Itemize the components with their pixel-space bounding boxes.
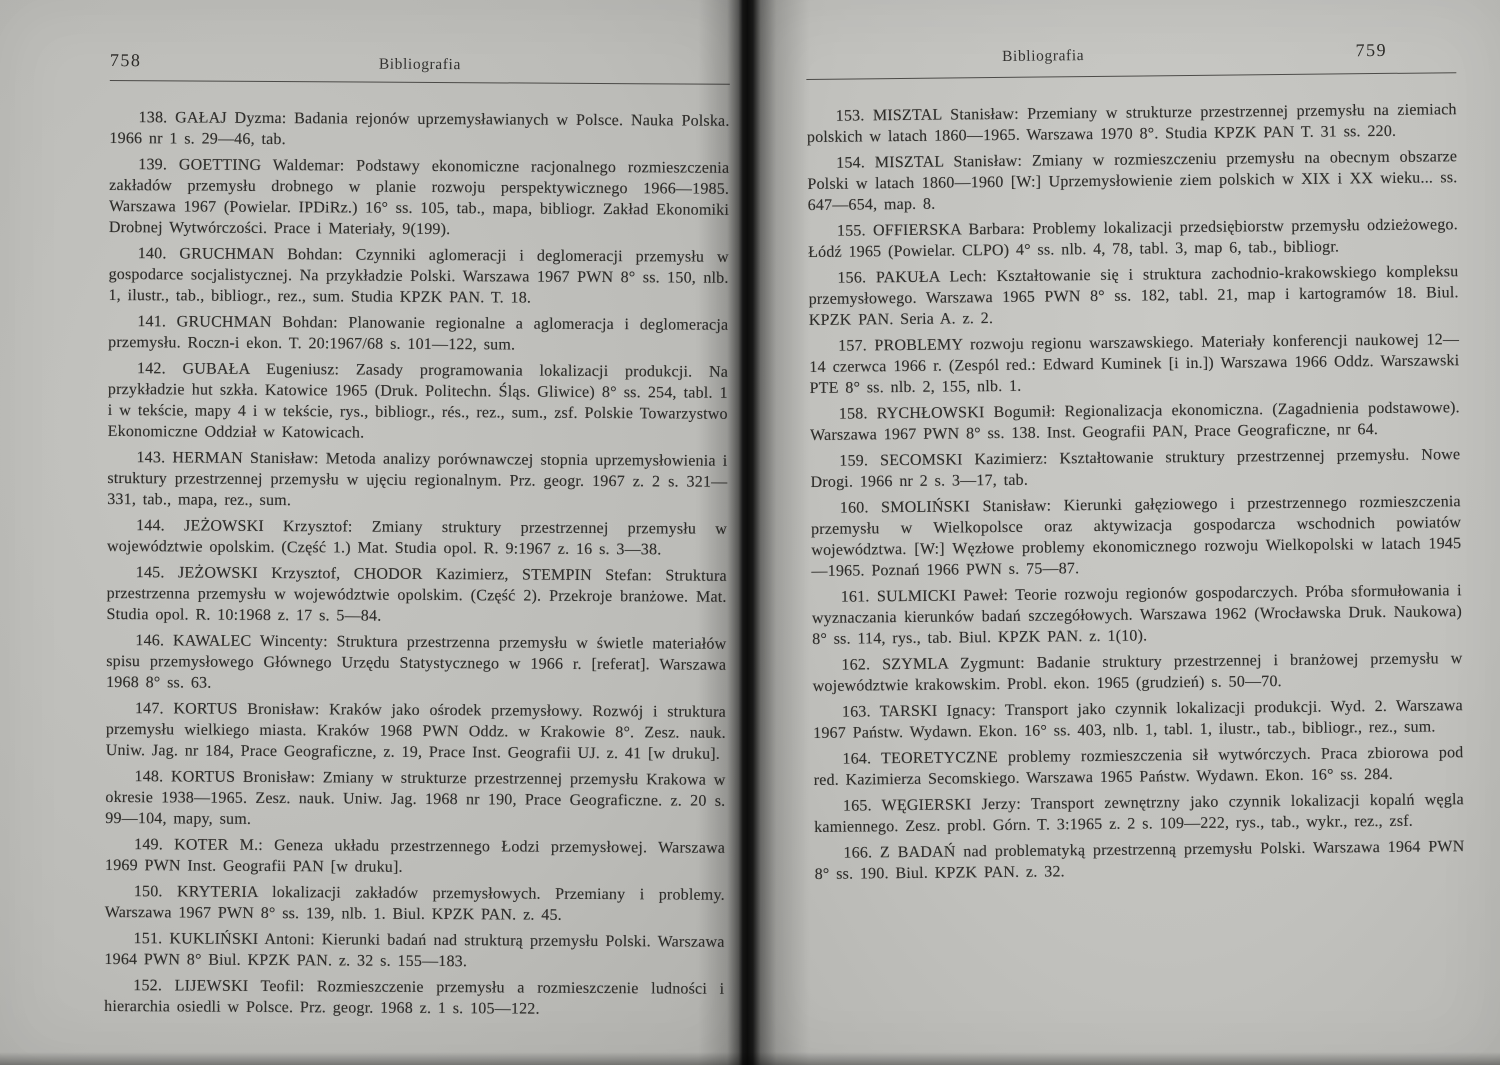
bibliography-entry: 147. KORTUS Bronisław: Kraków jako ośrod… [106, 698, 726, 765]
bibliography-entry: 157. PROBLEMY rozwoju regionu warszawski… [809, 329, 1460, 399]
bibliography-entry: 144. JEŻOWSKI Krzysztof: Zmiany struktur… [107, 515, 727, 561]
right-running-head: Bibliografia 759 [806, 39, 1456, 80]
bibliography-entry: 161. SULMICKI Paweł: Teorie rozwoju regi… [812, 580, 1463, 650]
bibliography-entry: 154. MISZTAL Stanisław: Zmiany w rozmies… [807, 146, 1458, 216]
left-page: 758 Bibliografia 138. GAŁAJ Dyzma: Badan… [0, 0, 750, 1065]
running-head-title: Bibliografia [1002, 47, 1084, 66]
bibliography-entry: 150. KRYTERIA lokalizacji zakładów przem… [105, 881, 725, 927]
bibliography-entry: 149. KOTER M.: Geneza układu przestrzenn… [105, 834, 725, 880]
bibliography-entry: 160. SMOLIŃSKI Stanisław: Kierunki gałęz… [811, 491, 1462, 582]
bibliography-entry: 139. GOETTING Waldemar: Podstawy ekonomi… [109, 154, 730, 242]
bibliography-entry: 152. LIJEWSKI Teofil: Rozmieszczenie prz… [104, 975, 724, 1021]
bibliography-entry: 143. HERMAN Stanisław: Metoda analizy po… [107, 447, 727, 514]
bibliography-entry: 145. JEŻOWSKI Krzysztof, CHODOR Kazimier… [106, 562, 726, 629]
bibliography-entry: 158. RYCHŁOWSKI Bogumił: Regionalizacja … [810, 397, 1460, 446]
bibliography-entries: 138. GAŁAJ Dyzma: Badania rejonów uprzem… [104, 107, 730, 1021]
bibliography-entry: 151. KUKLIŃSKI Antoni: Kierunki badań na… [104, 928, 724, 974]
bibliography-entry: 162. SZYMLA Zygmunt: Badanie struktury p… [812, 648, 1462, 697]
bibliography-entries: 153. MISZTAL Stanisław: Przemiany w stru… [807, 99, 1465, 885]
left-page-content: 758 Bibliografia 138. GAŁAJ Dyzma: Badan… [104, 50, 730, 1026]
book-spread: 758 Bibliografia 138. GAŁAJ Dyzma: Badan… [0, 0, 1500, 1065]
bibliography-entry: 165. WĘGIERSKI Jerzy: Transport zewnętrz… [814, 789, 1464, 838]
bibliography-entry: 153. MISZTAL Stanisław: Przemiany w stru… [807, 99, 1457, 148]
bibliography-entry: 163. TARSKI Ignacy: Transport jako czynn… [813, 695, 1463, 744]
left-running-head: 758 Bibliografia [110, 50, 730, 85]
bibliography-entry: 159. SECOMSKI Kazimierz: Kształtowanie s… [810, 444, 1460, 493]
bibliography-entry: 141. GRUCHMAN Bohdan: Planowanie regiona… [108, 311, 728, 357]
bibliography-entry: 155. OFFIERSKA Barbara: Problemy lokaliz… [808, 214, 1458, 263]
running-head-title: Bibliografia [379, 56, 461, 75]
right-page-content: Bibliografia 759 153. MISZTAL Stanisław:… [806, 39, 1465, 890]
bibliography-entry: 140. GRUCHMAN Bohdan: Czynniki aglomerac… [108, 243, 728, 310]
bibliography-entry: 146. KAWALEC Wincenty: Struktura przestr… [106, 630, 726, 697]
bibliography-entry: 166. Z BADAŃ nad problematyką przestrzen… [814, 836, 1464, 885]
bibliography-entry: 164. TEORETYCZNE problemy rozmieszczenia… [813, 742, 1463, 791]
bibliography-entry: 156. PAKUŁA Lech: Kształtowanie się i st… [808, 261, 1459, 331]
bibliography-entry: 142. GUBAŁA Eugeniusz: Zasady programowa… [108, 358, 729, 446]
page-number-right: 759 [1355, 40, 1387, 61]
bibliography-entry: 138. GAŁAJ Dyzma: Badania rejonów uprzem… [109, 107, 729, 153]
bibliography-entry: 148. KORTUS Bronisław: Zmiany w struktur… [105, 766, 725, 833]
page-number-left: 758 [110, 50, 142, 71]
right-page: Bibliografia 759 153. MISZTAL Stanisław:… [750, 0, 1500, 1065]
